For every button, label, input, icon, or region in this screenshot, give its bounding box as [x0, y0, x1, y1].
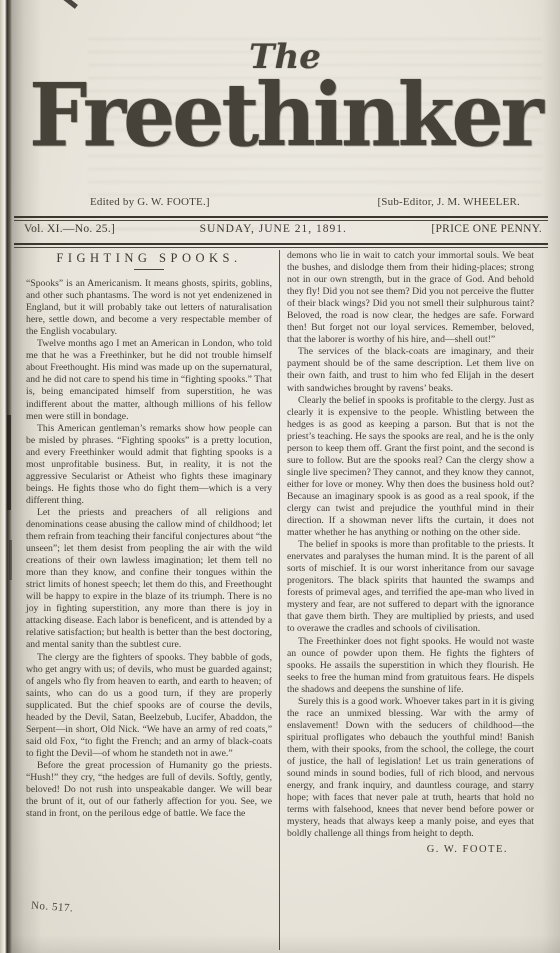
editor-name: Edited by G. W. FOOTE.] — [90, 196, 210, 208]
dateline: Vol. XI.—No. 25.] SUNDAY, JUNE 21, 1891.… — [24, 223, 542, 235]
column-divider-rule — [279, 250, 280, 950]
editor-line: Edited by G. W. FOOTE.] [Sub-Editor, J. … — [60, 196, 520, 208]
author-signature: G. W. FOOTE. — [287, 844, 534, 856]
sub-editor-name: [Sub-Editor, J. M. WHEELER. — [377, 196, 520, 208]
article-paragraph: Before the great procession of Humanity … — [26, 760, 272, 820]
double-rule — [14, 216, 548, 221]
article-column-right: demons who lie in wait to catch your imm… — [287, 250, 534, 953]
scan-edge-mark — [48, 0, 78, 9]
article-paragraph: Clearly the belief in spooks is profitab… — [287, 395, 534, 540]
article-text-left: “Spooks” is an Americanism. It means gho… — [26, 278, 272, 820]
price: [PRICE ONE PENNY. — [431, 223, 542, 235]
article-paragraph: The clergy are the fighters of spooks. T… — [26, 652, 272, 760]
issue-date: SUNDAY, JUNE 21, 1891. — [200, 223, 347, 235]
double-rule — [14, 243, 548, 248]
scan-edge-mark — [7, 415, 11, 510]
scan-edge-mark — [9, 540, 12, 580]
article: FIGHTING SPOOKS. “Spooks” is an American… — [26, 250, 534, 953]
article-paragraph: “Spooks” is an Americanism. It means gho… — [26, 278, 272, 338]
article-paragraph: Let the priests and preachers of all rel… — [26, 507, 272, 652]
article-paragraph: The services of the black-coats are imag… — [287, 346, 534, 394]
title-rule — [134, 269, 164, 270]
article-title: FIGHTING SPOOKS. — [26, 252, 272, 264]
article-paragraph: This American gentleman’s remarks show h… — [26, 423, 272, 507]
article-paragraph: demons who lie in wait to catch your imm… — [287, 250, 534, 346]
masthead-title: Freethinker — [20, 71, 550, 161]
article-paragraph: The Freethinker does not fight spooks. H… — [287, 636, 534, 696]
article-text-right: demons who lie in wait to catch your imm… — [287, 250, 534, 840]
article-column-left: FIGHTING SPOOKS. “Spooks” is an American… — [26, 250, 272, 953]
article-paragraph: The belief in spooks is more than profit… — [287, 539, 534, 635]
article-paragraph: Surely this is a good work. Whoever take… — [287, 696, 534, 841]
newspaper-page: The Freethinker Edited by G. W. FOOTE.] … — [0, 0, 560, 953]
article-paragraph: Twelve months ago I met an American in L… — [26, 338, 272, 422]
masthead: The Freethinker — [20, 40, 550, 159]
volume-number: Vol. XI.—No. 25.] — [24, 223, 115, 235]
